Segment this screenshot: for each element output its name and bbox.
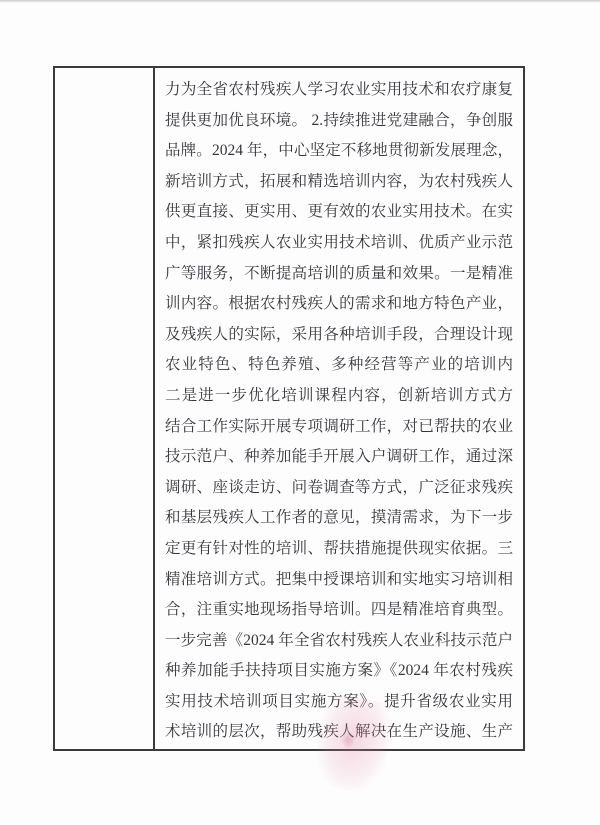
text-line: 品牌。2024 年，中心坚定不移地贯彻新发展理念，创 [165, 136, 513, 167]
text-line: 术培训的层次，帮助残疾人解决在生产设施、生产物 [165, 717, 513, 748]
text-line: 合，注重实地现场指导培训。四是精准培育典型。进 [165, 595, 513, 626]
text-line: 种养加能手扶持项目实施方案》《2024 年农村残疾人 [165, 656, 513, 687]
text-line: 中，紧扣残疾人农业实用技术培训、优质产业示范推 [165, 228, 513, 259]
text-line: 及残疾人的实际，采用各种培训手段，合理设计现代 [165, 320, 513, 351]
text-line: 二是进一步优化培训课程内容，创新培训方式方法， [165, 381, 513, 412]
text-line: 调研、座谈走访、问卷调查等方式，广泛征求残疾人 [165, 473, 513, 504]
text-line: 技示范户、种养加能手开展入户调研工作，通过深入 [165, 442, 513, 473]
text-line: 结合工作实际开展专项调研工作，对已帮扶的农业科 [165, 412, 513, 443]
text-line: 训内容。根据农村残疾人的需求和地方特色产业，以 [165, 289, 513, 320]
text-line: 定更有针对性的培训、帮扶措施提供现实依据。三是 [165, 534, 513, 565]
text-line: 一步完善《2024 年全省农村残疾人农业科技示范户和 [165, 626, 513, 657]
scanned-document-page: 力为全省农村残疾人学习农业实用技术和农疗康复提供更加优良环境。 2.持续推进党建… [0, 0, 600, 825]
text-line: 实用技术培训项目实施方案》。提升省级农业实用技 [165, 687, 513, 718]
text-line: 力为全省农村残疾人学习农业实用技术和农疗康复 [165, 75, 513, 106]
text-line: 供更直接、更实用、更有效的农业实用技术。在实施 [165, 197, 513, 228]
text-line: 精准培训方式。把集中授课培训和实地实习培训相结 [165, 565, 513, 596]
text-line: 和基层残疾人工作者的意见，摸清需求，为下一步制 [165, 503, 513, 534]
table-left-cell [55, 68, 155, 749]
table-text-cell: 力为全省农村残疾人学习农业实用技术和农疗康复提供更加优良环境。 2.持续推进党建… [155, 68, 523, 749]
document-table: 力为全省农村残疾人学习农业实用技术和农疗康复提供更加优良环境。 2.持续推进党建… [53, 66, 525, 751]
text-line: 新培训方式，拓展和精选培训内容，为农村残疾人提 [165, 167, 513, 198]
scan-edge-artifact [0, 0, 600, 3]
text-line: 农业特色、特色养殖、多种经营等产业的培训内容。 [165, 350, 513, 381]
text-line: 广等服务，不断提高培训的质量和效果。一是精准培 [165, 259, 513, 290]
text-line: 提供更加优良环境。 2.持续推进党建融合，争创服务 [165, 106, 513, 137]
